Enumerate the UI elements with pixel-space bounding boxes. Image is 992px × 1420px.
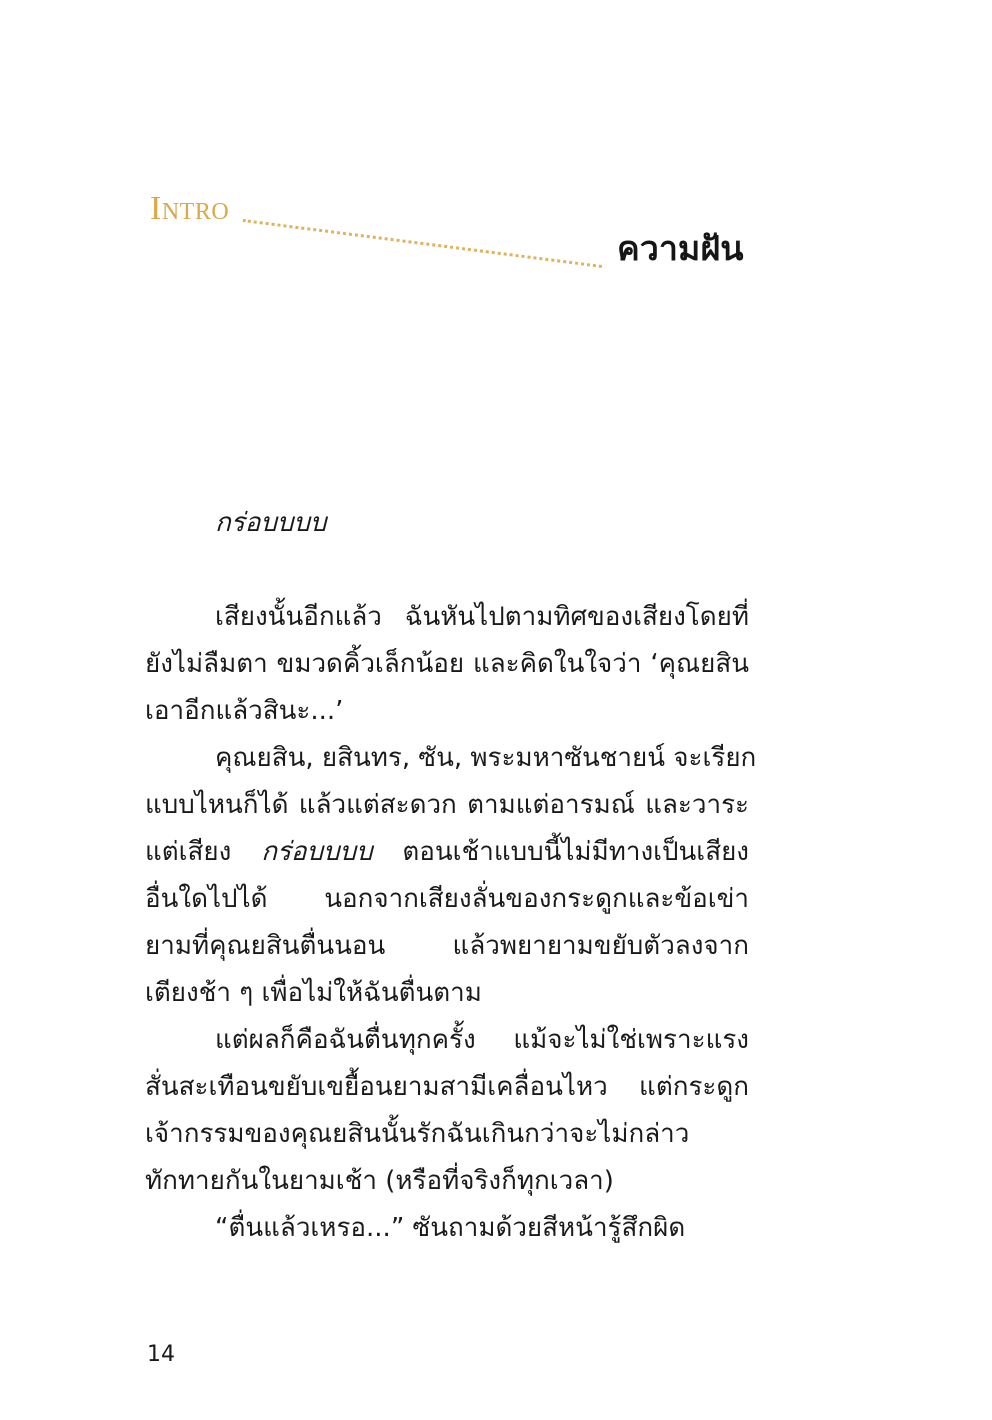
- text-line: สั่นสะเทือนขยับเขยื้อนยามสามีเคลื่อนไหว …: [145, 1064, 749, 1111]
- text-line: แต่ผลก็คือฉันตื่นทุกครั้ง แม้จะไม่ใช่เพร…: [145, 1017, 749, 1064]
- paragraph-1: เสียงนั้นอีกแล้ว ฉันหันไปตามทิศของเสียงโ…: [145, 594, 749, 735]
- text-line: เจ้ากรรมของคุณยสินนั้นรักฉันเกินกว่าจะไม…: [145, 1111, 749, 1158]
- text-line: เตียงช้า ๆ เพื่อไม่ให้ฉันตื่นตาม: [145, 970, 749, 1017]
- body-text: กร่อบบบบ เสียงนั้นอีกแล้ว ฉันหันไปตามทิศ…: [145, 500, 749, 1252]
- text-line: แบบไหนก็ได้ แล้วแต่สะดวก ตามแต่อารมณ์ แล…: [145, 782, 749, 829]
- text-line: เสียงนั้นอีกแล้ว ฉันหันไปตามทิศของเสียงโ…: [145, 594, 749, 641]
- paragraph-2: คุณยสิน, ยสินทร, ซัน, พระมหาซันชายน์ จะเ…: [145, 735, 749, 1017]
- page-number: 14: [147, 1342, 175, 1367]
- onomatopoeia: กร่อบบบบ: [215, 508, 326, 538]
- chapter-label: Intro: [150, 192, 229, 226]
- paragraph-3: แต่ผลก็คือฉันตื่นทุกครั้ง แม้จะไม่ใช่เพร…: [145, 1017, 749, 1205]
- chapter-title: ความฝัน: [617, 232, 744, 266]
- text-line: ยังไม่ลืมตา ขมวดคิ้วเล็กน้อย และคิดในใจว…: [145, 641, 749, 688]
- dotted-divider: [243, 219, 602, 268]
- text-line: คุณยสิน, ยสินทร, ซัน, พระมหาซันชายน์ จะเ…: [145, 735, 749, 782]
- text-line: ยามที่คุณยสินตื่นนอน แล้วพยายามขยับตัวลง…: [145, 923, 749, 970]
- book-page: Intro ความฝัน กร่อบบบบ เสียงนั้นอีกแล้ว …: [0, 0, 992, 1420]
- onomatopoeia-inline: กร่อบบบบ: [261, 837, 372, 867]
- sound-effect-line: กร่อบบบบ: [145, 500, 749, 547]
- text-fragment: ตอนเช้าแบบนี้ไม่มีทางเป็นเสียง: [373, 837, 749, 867]
- text-line: ทักทายกันในยามเช้า (หรือที่จริงก็ทุกเวลา…: [145, 1158, 749, 1205]
- paragraph-4: “ตื่นแล้วเหรอ...” ซันถามด้วยสีหน้ารู้สึก…: [145, 1205, 749, 1252]
- text-line-mixed: แต่เสียง กร่อบบบบ ตอนเช้าแบบนี้ไม่มีทางเ…: [145, 829, 749, 876]
- text-line: อื่นใดไปได้ นอกจากเสียงลั่นของกระดูกและข…: [145, 876, 749, 923]
- text-line: เอาอีกแล้วสินะ...’: [145, 688, 749, 735]
- text-fragment: แต่เสียง: [145, 837, 261, 867]
- text-line: “ตื่นแล้วเหรอ...” ซันถามด้วยสีหน้ารู้สึก…: [145, 1205, 749, 1252]
